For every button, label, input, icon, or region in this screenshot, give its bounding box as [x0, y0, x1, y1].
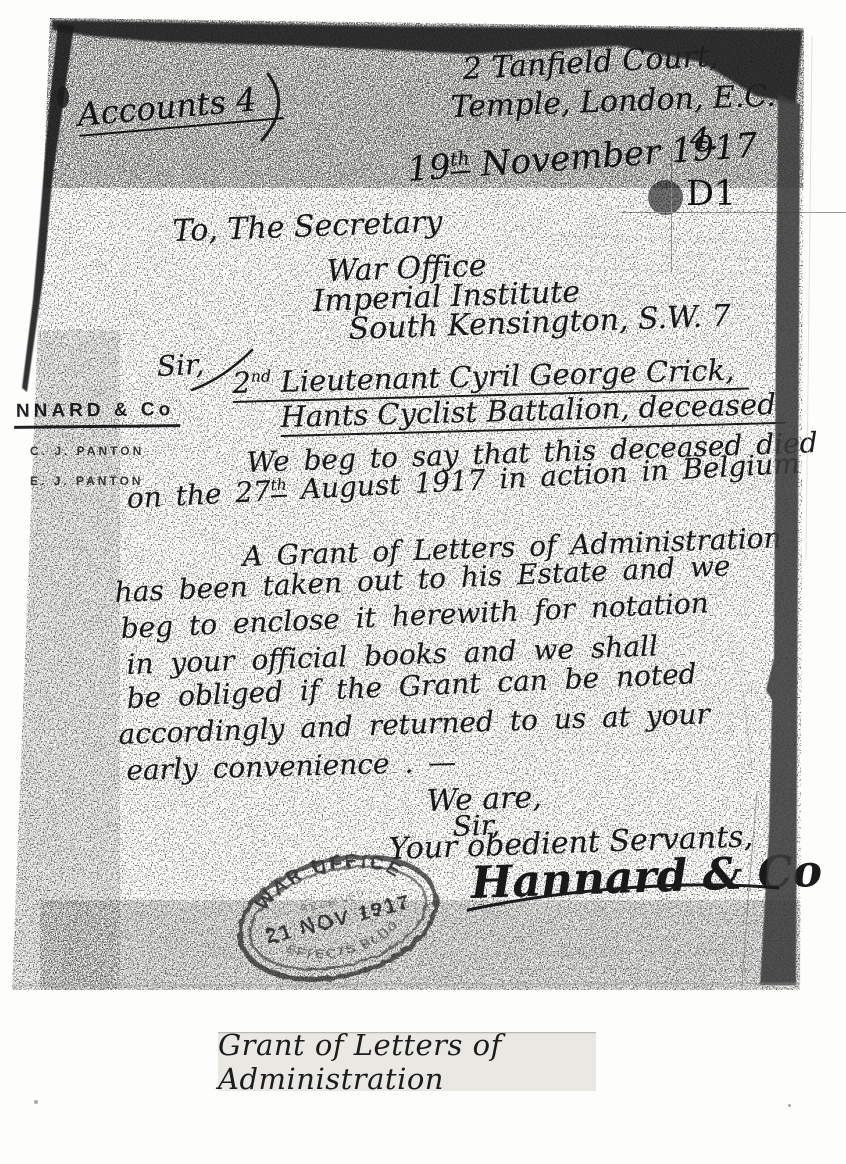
registration-line-horizontal: [622, 212, 846, 213]
showthrough-smudge: [430, 938, 760, 984]
registration-line-vertical: [671, 146, 672, 272]
file-reference-text: Accounts 4: [76, 78, 284, 137]
recipient-line: To, The Secretary: [172, 205, 443, 249]
paper-edge-line: [806, 36, 812, 560]
stamp-arc-bottom-text: EFFECTS BLDG: [282, 914, 406, 972]
address-line: 2 Tanfield Court,: [462, 39, 719, 87]
scan-left-streak: [22, 24, 74, 392]
file-reference-note: Accounts 4: [76, 78, 284, 134]
svg-text:EFFECTS BLDG: EFFECTS BLDG: [282, 914, 406, 972]
registration-line-vertical: [781, 206, 782, 268]
scanned-letter-page: Accounts 4 2 Tanfield Court, Temple, Lon…: [0, 0, 846, 1164]
body-text: on the 27: [126, 474, 272, 515]
scan-blot: [57, 86, 69, 108]
svg-text:WAR OFFICE: WAR OFFICE: [246, 836, 410, 918]
exhibit-dot: [648, 180, 683, 215]
letterhead-firm: NNARD & Co: [14, 399, 181, 429]
date-suffix: th: [449, 148, 470, 173]
salutation: Sir,: [156, 348, 205, 383]
caption-strip: Grant of Letters of Administration: [218, 1032, 596, 1091]
rank-number: 2: [232, 366, 251, 400]
body-line: early convenience . —: [126, 745, 457, 787]
stamp-inner-ring: [239, 850, 437, 987]
stamp-date-text: 21 NOV 1917: [263, 890, 413, 948]
rank-suffix: nd: [250, 366, 271, 386]
date-day: 19: [406, 147, 452, 190]
stray-speck: [34, 1100, 38, 1104]
exhibit-label: D1: [686, 174, 736, 214]
signature: Hannard & Co: [470, 846, 823, 909]
stamp-arc-top-text: WAR OFFICE: [246, 836, 410, 918]
crease-line: [743, 690, 752, 770]
address-line: Temple, London, E.C.: [450, 79, 776, 125]
scan-bottom-edge: [14, 983, 800, 986]
stamp-received-text: RECEIVED: [300, 889, 368, 916]
caption-text: Grant of Letters of Administration: [218, 1028, 596, 1096]
date-suffix: th: [270, 475, 287, 497]
letterhead-partner: C. J. PANTON: [30, 444, 144, 458]
stray-speck: [788, 1104, 791, 1107]
